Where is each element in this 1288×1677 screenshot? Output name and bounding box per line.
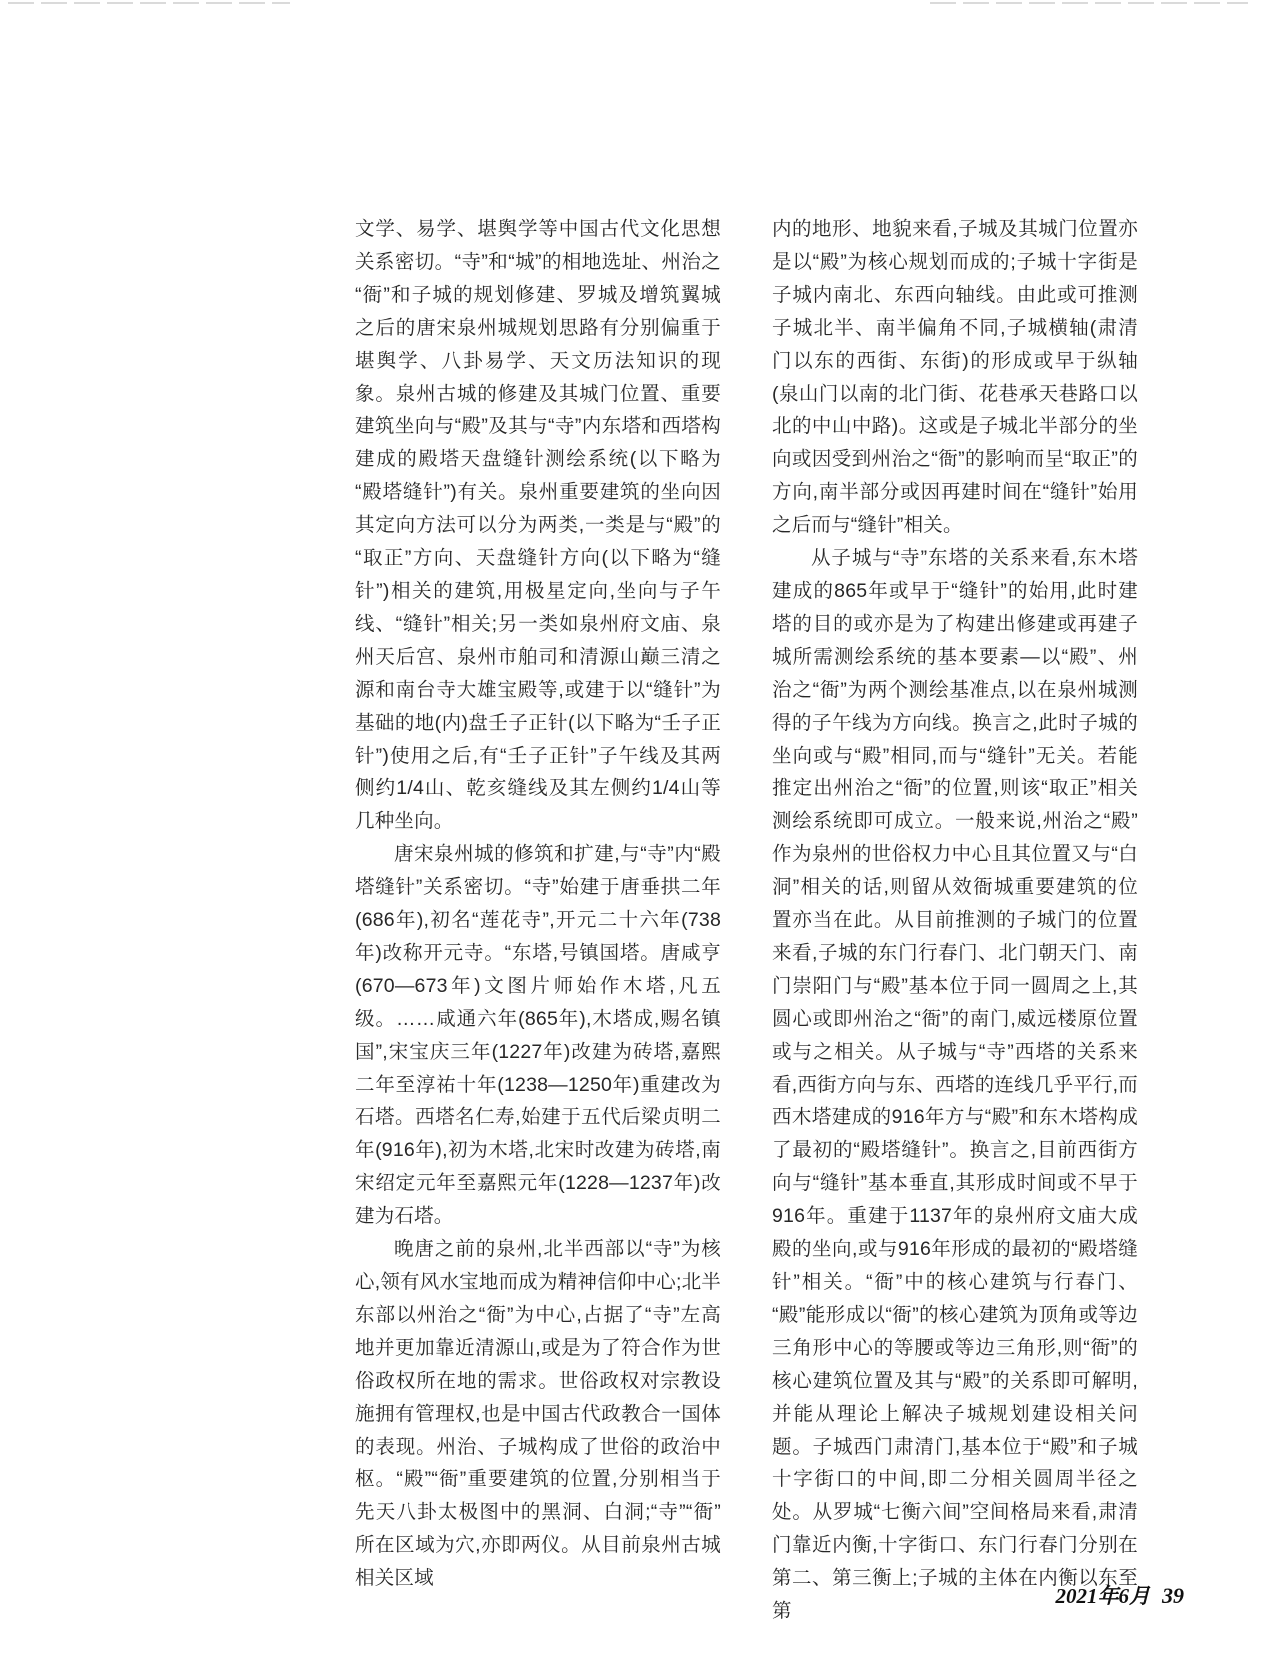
footer-date: 2021年6月 <box>1056 1584 1151 1608</box>
paragraph: 内的地形、地貌来看,子城及其城门位置亦是以“殿”为核心规划而成的;子城十字街是子… <box>772 213 1138 542</box>
paragraph: 文学、易学、堪舆学等中国古代文化思想关系密切。“寺”和“城”的相地选址、州治之“… <box>355 213 721 838</box>
paragraph: 晚唐之前的泉州,北半西部以“寺”为核心,领有风水宝地而成为精神信仰中心;北半东部… <box>355 1233 721 1595</box>
left-text-column: 文学、易学、堪舆学等中国古代文化思想关系密切。“寺”和“城”的相地选址、州治之“… <box>355 213 721 1595</box>
paragraph: 唐宋泉州城的修筑和扩建,与“寺”内“殿塔缝针”关系密切。“寺”始建于唐垂拱二年(… <box>355 838 721 1233</box>
magazine-page: 文学、易学、堪舆学等中国古代文化思想关系密切。“寺”和“城”的相地选址、州治之“… <box>0 0 1288 1677</box>
page-footer: 2021年6月39 <box>1056 1580 1185 1610</box>
top-right-crop-mark <box>930 2 1248 4</box>
paragraph: 从子城与“寺”东塔的关系来看,东木塔建成的865年或早于“缝针”的始用,此时建塔… <box>772 542 1138 1628</box>
right-text-column: 内的地形、地貌来看,子城及其城门位置亦是以“殿”为核心规划而成的;子城十字街是子… <box>772 213 1138 1628</box>
footer-page-number: 39 <box>1162 1583 1184 1608</box>
top-left-crop-mark <box>8 2 290 4</box>
